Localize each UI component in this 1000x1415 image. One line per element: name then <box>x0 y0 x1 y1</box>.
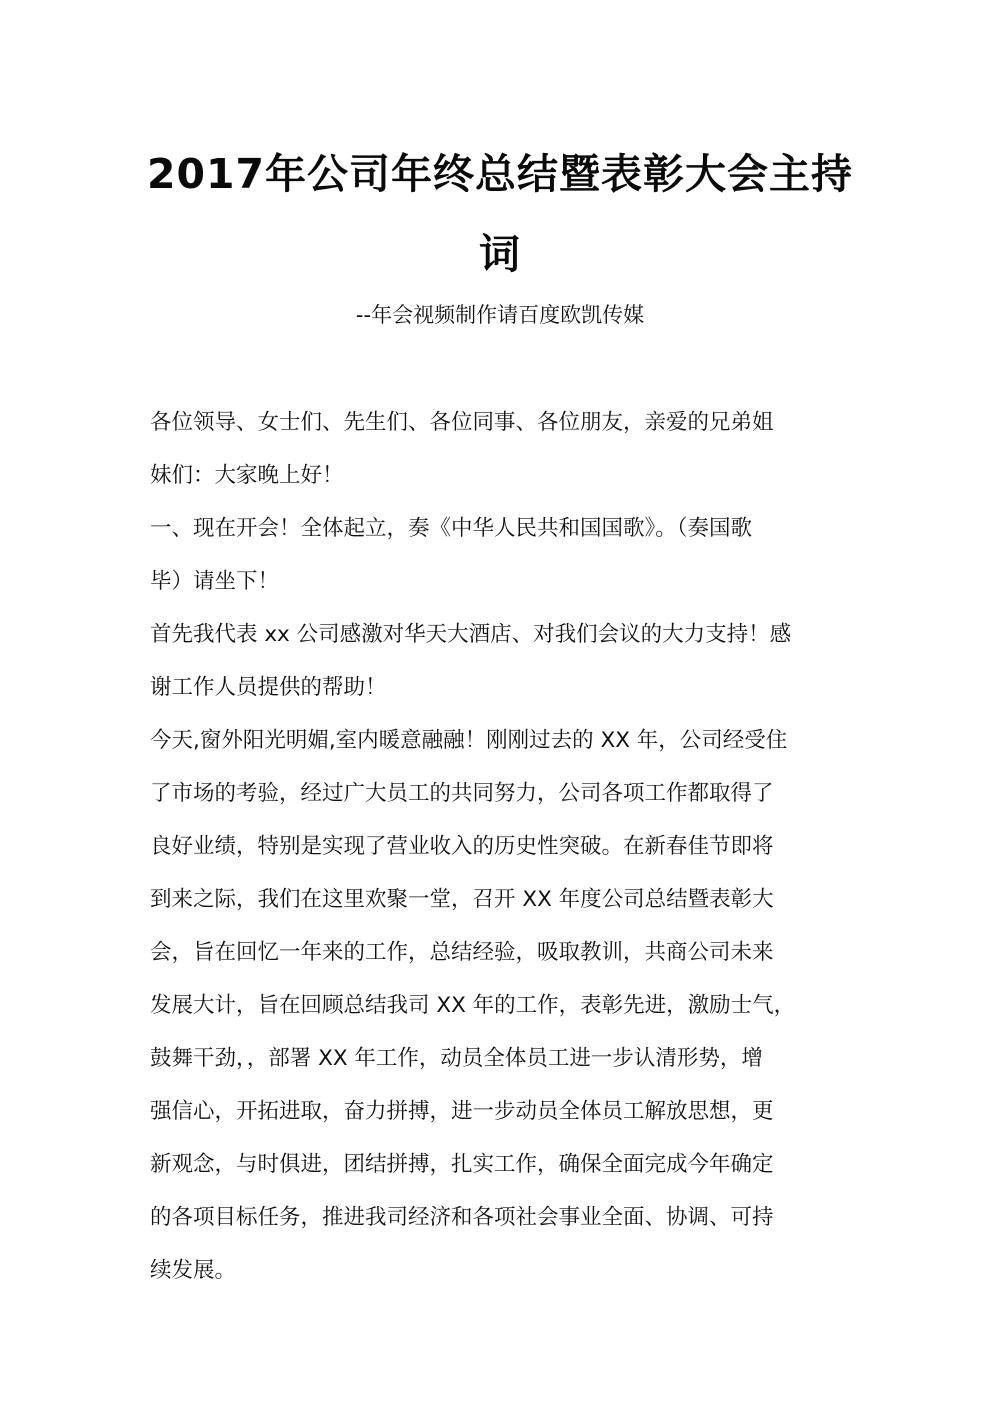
body-line: 了市场的考验，经过广大员工的共同努力，公司各项工作都取得了 <box>150 767 855 820</box>
body-line: 发展大计，旨在回顾总结我司 XX 年的工作，表彰先进，激励士气， <box>150 979 855 1032</box>
body-line: 新观念，与时俱进，团结拼搏，扎实工作，确保全面完成今年确定 <box>150 1138 855 1191</box>
body-line: 会，旨在回忆一年来的工作，总结经验，吸取教训，共商公司未来 <box>150 926 855 979</box>
body-line: 鼓舞干劲，，部署 XX 年工作，动员全体员工进一步认清形势，增 <box>150 1032 855 1085</box>
body-line: 强信心，开拓进取，奋力拼搏，进一步动员全体员工解放思想，更 <box>150 1085 855 1138</box>
document-subtitle: --年会视频制作请百度欧凯传媒 <box>140 298 860 332</box>
document-page: 2017年公司年终总结暨表彰大会主持 词 --年会视频制作请百度欧凯传媒 各位领… <box>0 0 1000 1415</box>
body-line: 妹们：大家晚上好！ <box>150 449 855 502</box>
document-title-line-2: 词 <box>140 212 860 296</box>
body-line: 今天,窗外阳光明媚,室内暖意融融！刚刚过去的 XX 年，公司经受住 <box>150 714 855 767</box>
body-line: 的各项目标任务，推进我司经济和各项社会事业全面、协调、可持 <box>150 1191 855 1244</box>
body-line: 续发展。 <box>150 1244 855 1297</box>
body-line: 一、现在开会！全体起立，奏《中华人民共和国国歌》。（奏国歌 <box>150 502 855 555</box>
body-line: 毕）请坐下！ <box>150 555 855 608</box>
body-line: 各位领导、女士们、先生们、各位同事、各位朋友，亲爱的兄弟姐 <box>150 396 855 449</box>
body-line: 谢工作人员提供的帮助！ <box>150 661 855 714</box>
body-line: 良好业绩，特别是实现了营业收入的历史性突破。在新春佳节即将 <box>150 820 855 873</box>
body-line: 首先我代表 xx 公司感激对华天大酒店、对我们会议的大力支持！感 <box>150 608 855 661</box>
document-body: 各位领导、女士们、先生们、各位同事、各位朋友，亲爱的兄弟姐 妹们：大家晚上好！ … <box>150 396 855 1297</box>
document-title-line-1: 2017年公司年终总结暨表彰大会主持 <box>140 132 860 216</box>
body-line: 到来之际，我们在这里欢聚一堂，召开 XX 年度公司总结暨表彰大 <box>150 873 855 926</box>
